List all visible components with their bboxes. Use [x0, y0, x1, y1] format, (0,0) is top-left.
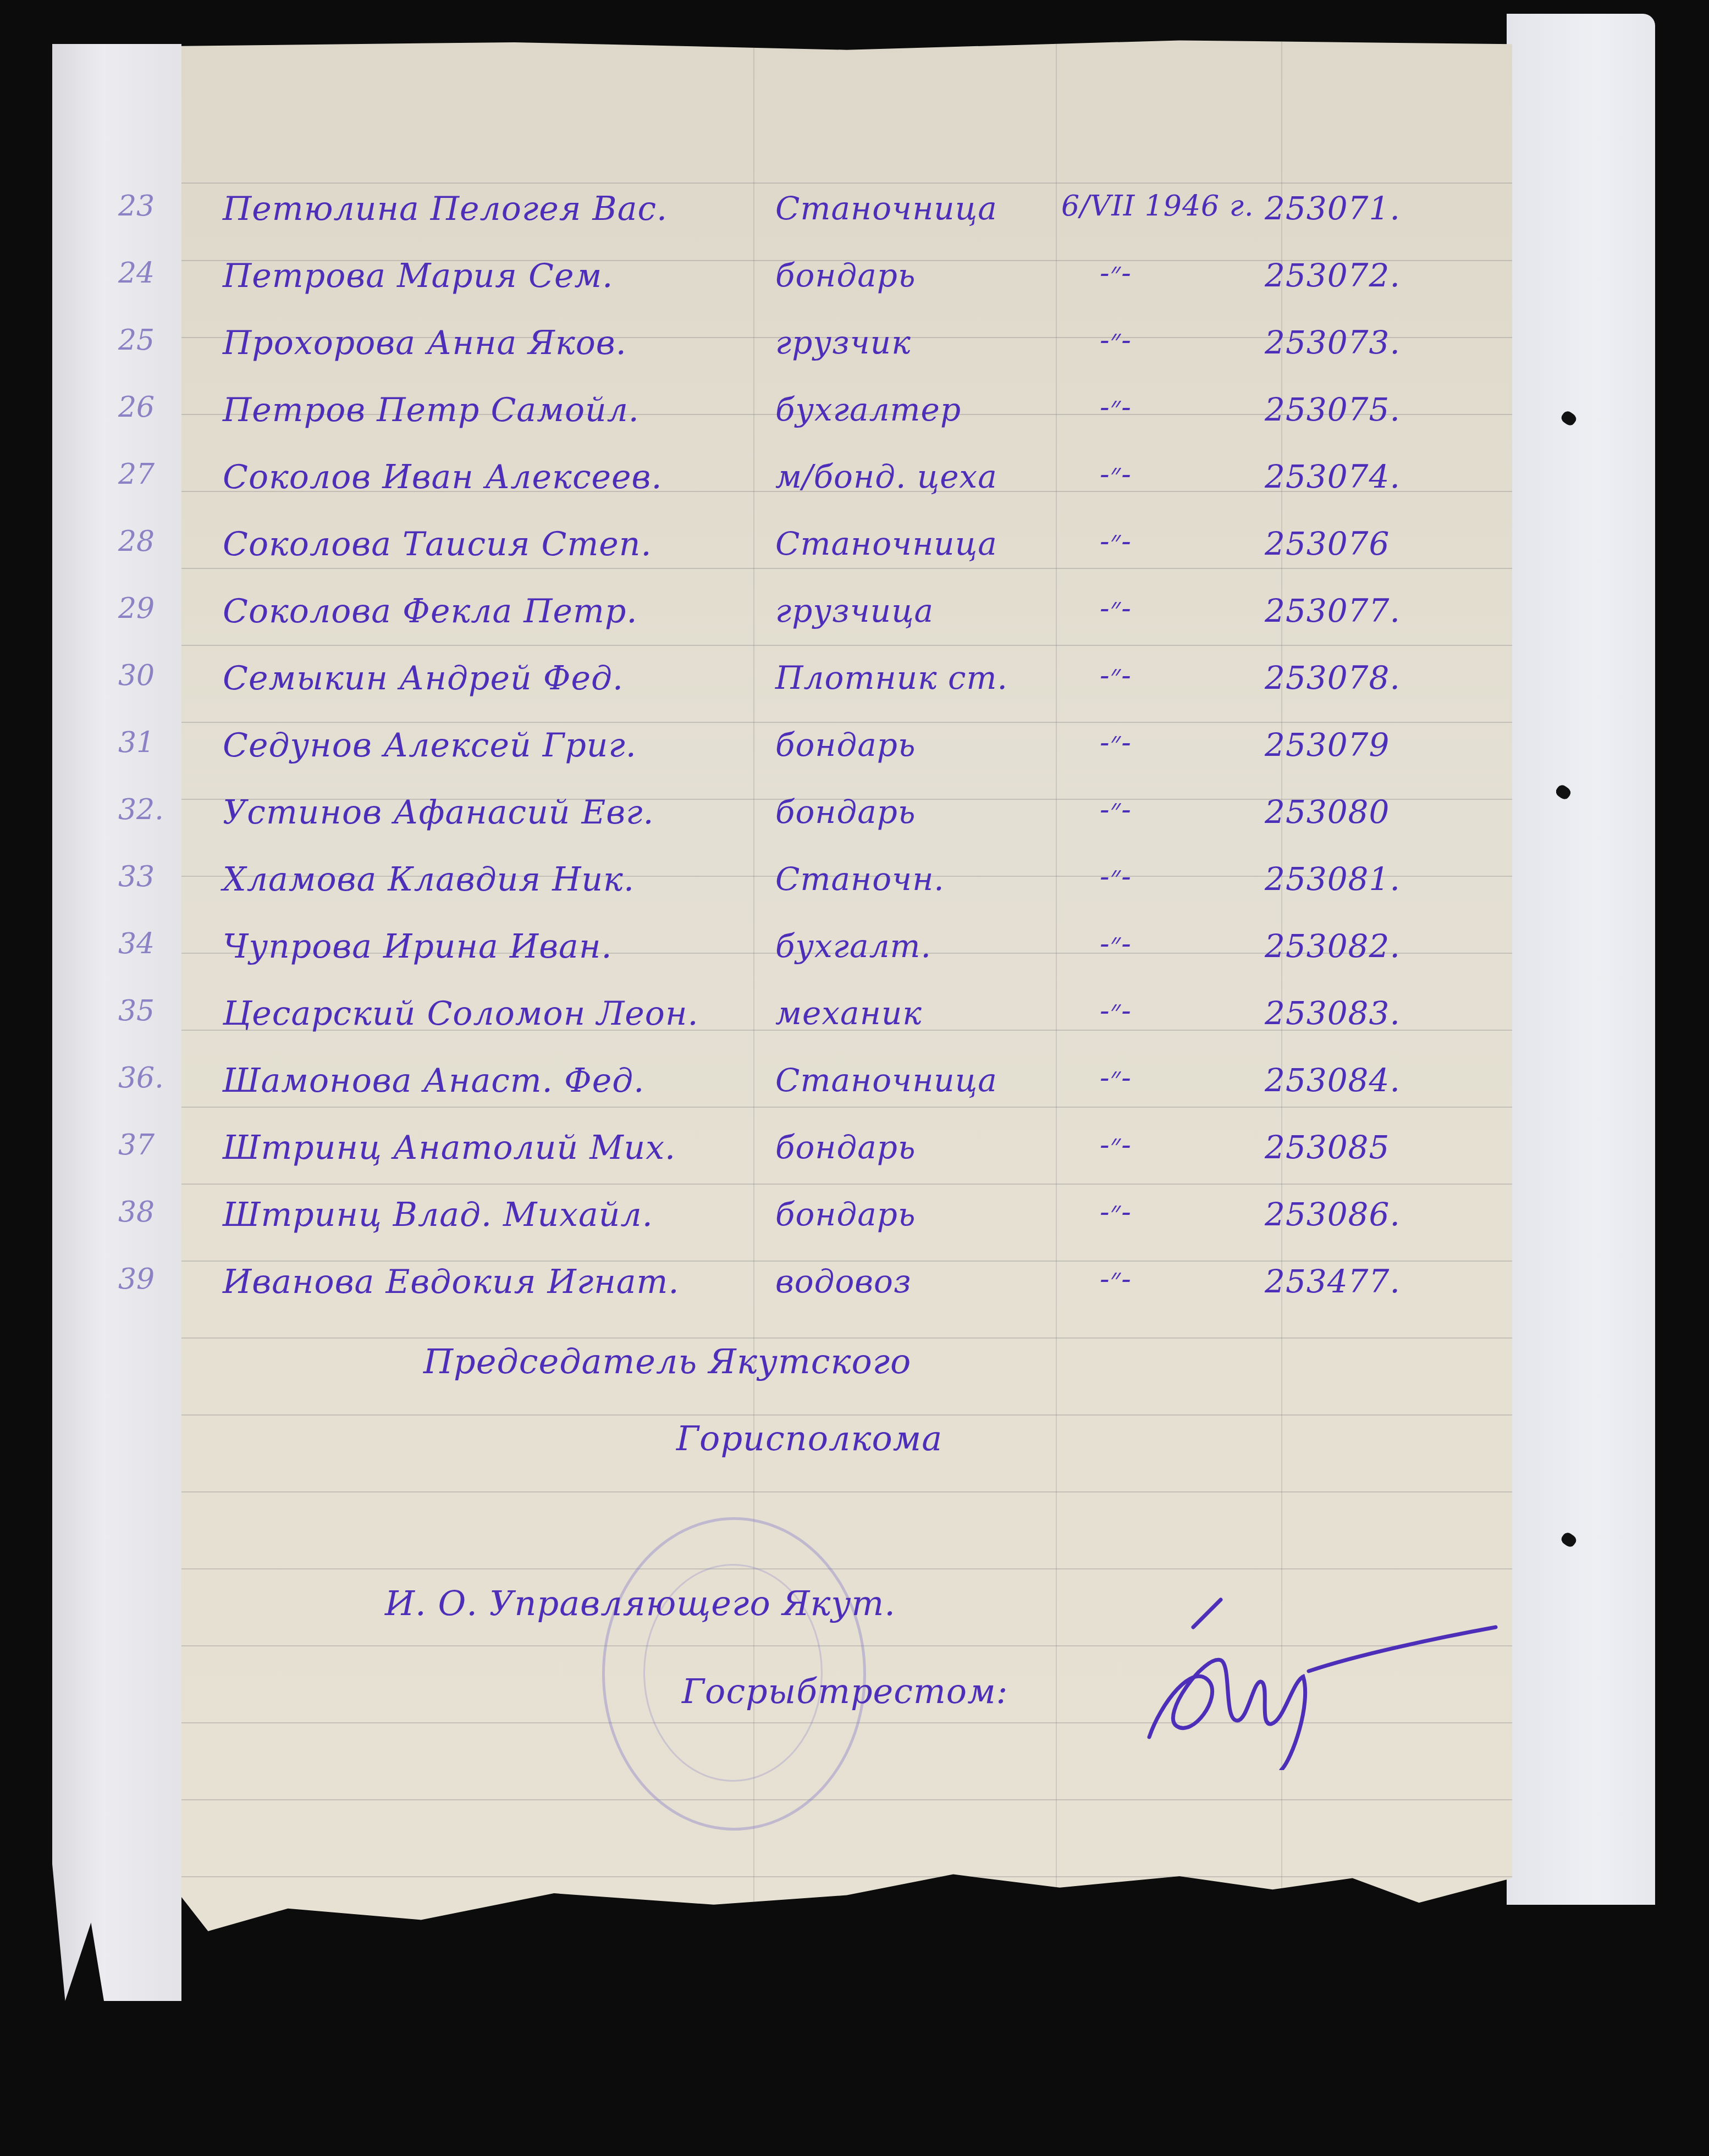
- document-number: 253079: [1265, 726, 1390, 764]
- person-name: Петрова Мария Сем.: [223, 257, 613, 295]
- row-number: 24: [118, 257, 155, 290]
- document-number: 253076: [1265, 525, 1390, 562]
- document-number: 253082.: [1265, 927, 1401, 965]
- row-number: 28: [118, 525, 155, 558]
- occupation: Станочница: [775, 525, 997, 562]
- occupation: Плотник ст.: [775, 659, 1008, 696]
- person-name: Прохорова Анна Яков.: [223, 324, 627, 362]
- row-number: 29: [118, 592, 155, 625]
- row-number: 37: [118, 1129, 155, 1162]
- document-number: 253077.: [1265, 592, 1401, 629]
- document-number: 253084.: [1265, 1062, 1401, 1099]
- occupation: бондарь: [775, 1129, 916, 1166]
- document-number: 253078.: [1265, 659, 1401, 696]
- person-name: Соколова Фекла Петр.: [223, 592, 637, 631]
- occupation: Станочница: [775, 1062, 997, 1099]
- document-number: 253086.: [1265, 1196, 1401, 1233]
- row-number: 36.: [118, 1062, 164, 1094]
- footer-line-4: Госрыбтрестом:: [682, 1671, 1008, 1711]
- row-number: 25: [118, 324, 155, 357]
- occupation: бухгалт.: [775, 927, 931, 965]
- occupation: Станочн.: [775, 860, 945, 898]
- person-name: Чупрова Ирина Иван.: [223, 927, 612, 966]
- person-name: Седунов Алексей Григ.: [223, 726, 637, 765]
- occupation: бондарь: [775, 793, 916, 831]
- row-number: 39: [118, 1263, 155, 1296]
- occupation: м/бонд. цеха: [775, 458, 997, 495]
- occupation: грузчица: [775, 592, 934, 629]
- person-name: Соколова Таисия Степ.: [223, 525, 652, 563]
- row-number: 35: [118, 994, 155, 1027]
- row-number: 31: [118, 726, 155, 759]
- person-name: Штринц Анатолий Мих.: [223, 1129, 676, 1167]
- occupation: грузчик: [775, 324, 911, 361]
- person-name: Штринц Влад. Михайл.: [223, 1196, 653, 1234]
- document-number: 253080: [1265, 793, 1390, 831]
- footer-line-2: Горисполкома: [676, 1418, 942, 1458]
- issue-date: -״-: [1100, 391, 1132, 424]
- issue-date: -״-: [1100, 927, 1132, 960]
- right-backing-strip: [1507, 14, 1655, 1905]
- left-tape-strip: [52, 44, 181, 2001]
- occupation: водовоз: [775, 1263, 912, 1300]
- person-name: Хламова Клавдия Ник.: [223, 860, 635, 899]
- issue-date: -״-: [1100, 458, 1132, 491]
- document-number: 253477.: [1265, 1263, 1401, 1300]
- occupation: бондарь: [775, 726, 916, 764]
- issue-date: -״-: [1100, 793, 1132, 826]
- issue-date: -״-: [1100, 1062, 1132, 1094]
- person-name: Соколов Иван Алексеев.: [223, 458, 663, 496]
- occupation: бондарь: [775, 1196, 916, 1233]
- issue-date: -״-: [1100, 994, 1132, 1027]
- occupation: механик: [775, 994, 922, 1032]
- person-name: Петров Петр Самойл.: [223, 391, 640, 429]
- person-name: Цесарский Соломон Леон.: [223, 994, 699, 1033]
- row-number: 30: [118, 659, 155, 692]
- document-number: 253083.: [1265, 994, 1401, 1032]
- issue-date: -״-: [1100, 257, 1132, 290]
- issue-date: -״-: [1100, 659, 1132, 692]
- document-number: 253073.: [1265, 324, 1401, 361]
- issue-date: -״-: [1100, 1196, 1132, 1229]
- row-number: 27: [118, 458, 155, 491]
- issue-date: -״-: [1100, 1263, 1132, 1296]
- issue-date: -״-: [1100, 860, 1132, 893]
- issue-date: -״-: [1100, 726, 1132, 759]
- issue-date: -״-: [1100, 592, 1132, 625]
- row-number: 26: [118, 391, 155, 424]
- row-number: 23: [118, 190, 155, 223]
- person-name: Семыкин Андрей Фед.: [223, 659, 624, 698]
- person-name: Устинов Афанасий Евг.: [223, 793, 654, 832]
- row-number: 33: [118, 860, 155, 893]
- footer-line-3: И. О. Управляющего Якут.: [385, 1583, 896, 1623]
- occupation: Станочница: [775, 190, 997, 227]
- occupation: бухгалтер: [775, 391, 961, 428]
- person-name: Шамонова Анаст. Фед.: [223, 1062, 644, 1100]
- document-number: 253074.: [1265, 458, 1401, 495]
- row-number: 32.: [118, 793, 164, 826]
- issue-date: -״-: [1100, 525, 1132, 558]
- signature: [1127, 1594, 1501, 1770]
- issue-date: -״-: [1100, 324, 1132, 357]
- document-number: 253071.: [1265, 190, 1401, 227]
- occupation: бондарь: [775, 257, 916, 294]
- person-name: Иванова Евдокия Игнат.: [223, 1263, 679, 1301]
- issue-date: -״-: [1100, 1129, 1132, 1162]
- issue-date: 6/VII 1946 г.: [1061, 190, 1254, 223]
- row-number: 34: [118, 927, 155, 960]
- document-number: 253081.: [1265, 860, 1401, 898]
- person-name: Петюлина Пелогея Вас.: [223, 190, 668, 228]
- document-number: 253075.: [1265, 391, 1401, 428]
- row-number: 38: [118, 1196, 155, 1229]
- document-number: 253072.: [1265, 257, 1401, 294]
- document-number: 253085: [1265, 1129, 1390, 1166]
- footer-line-1: Председатель Якутского: [423, 1341, 911, 1381]
